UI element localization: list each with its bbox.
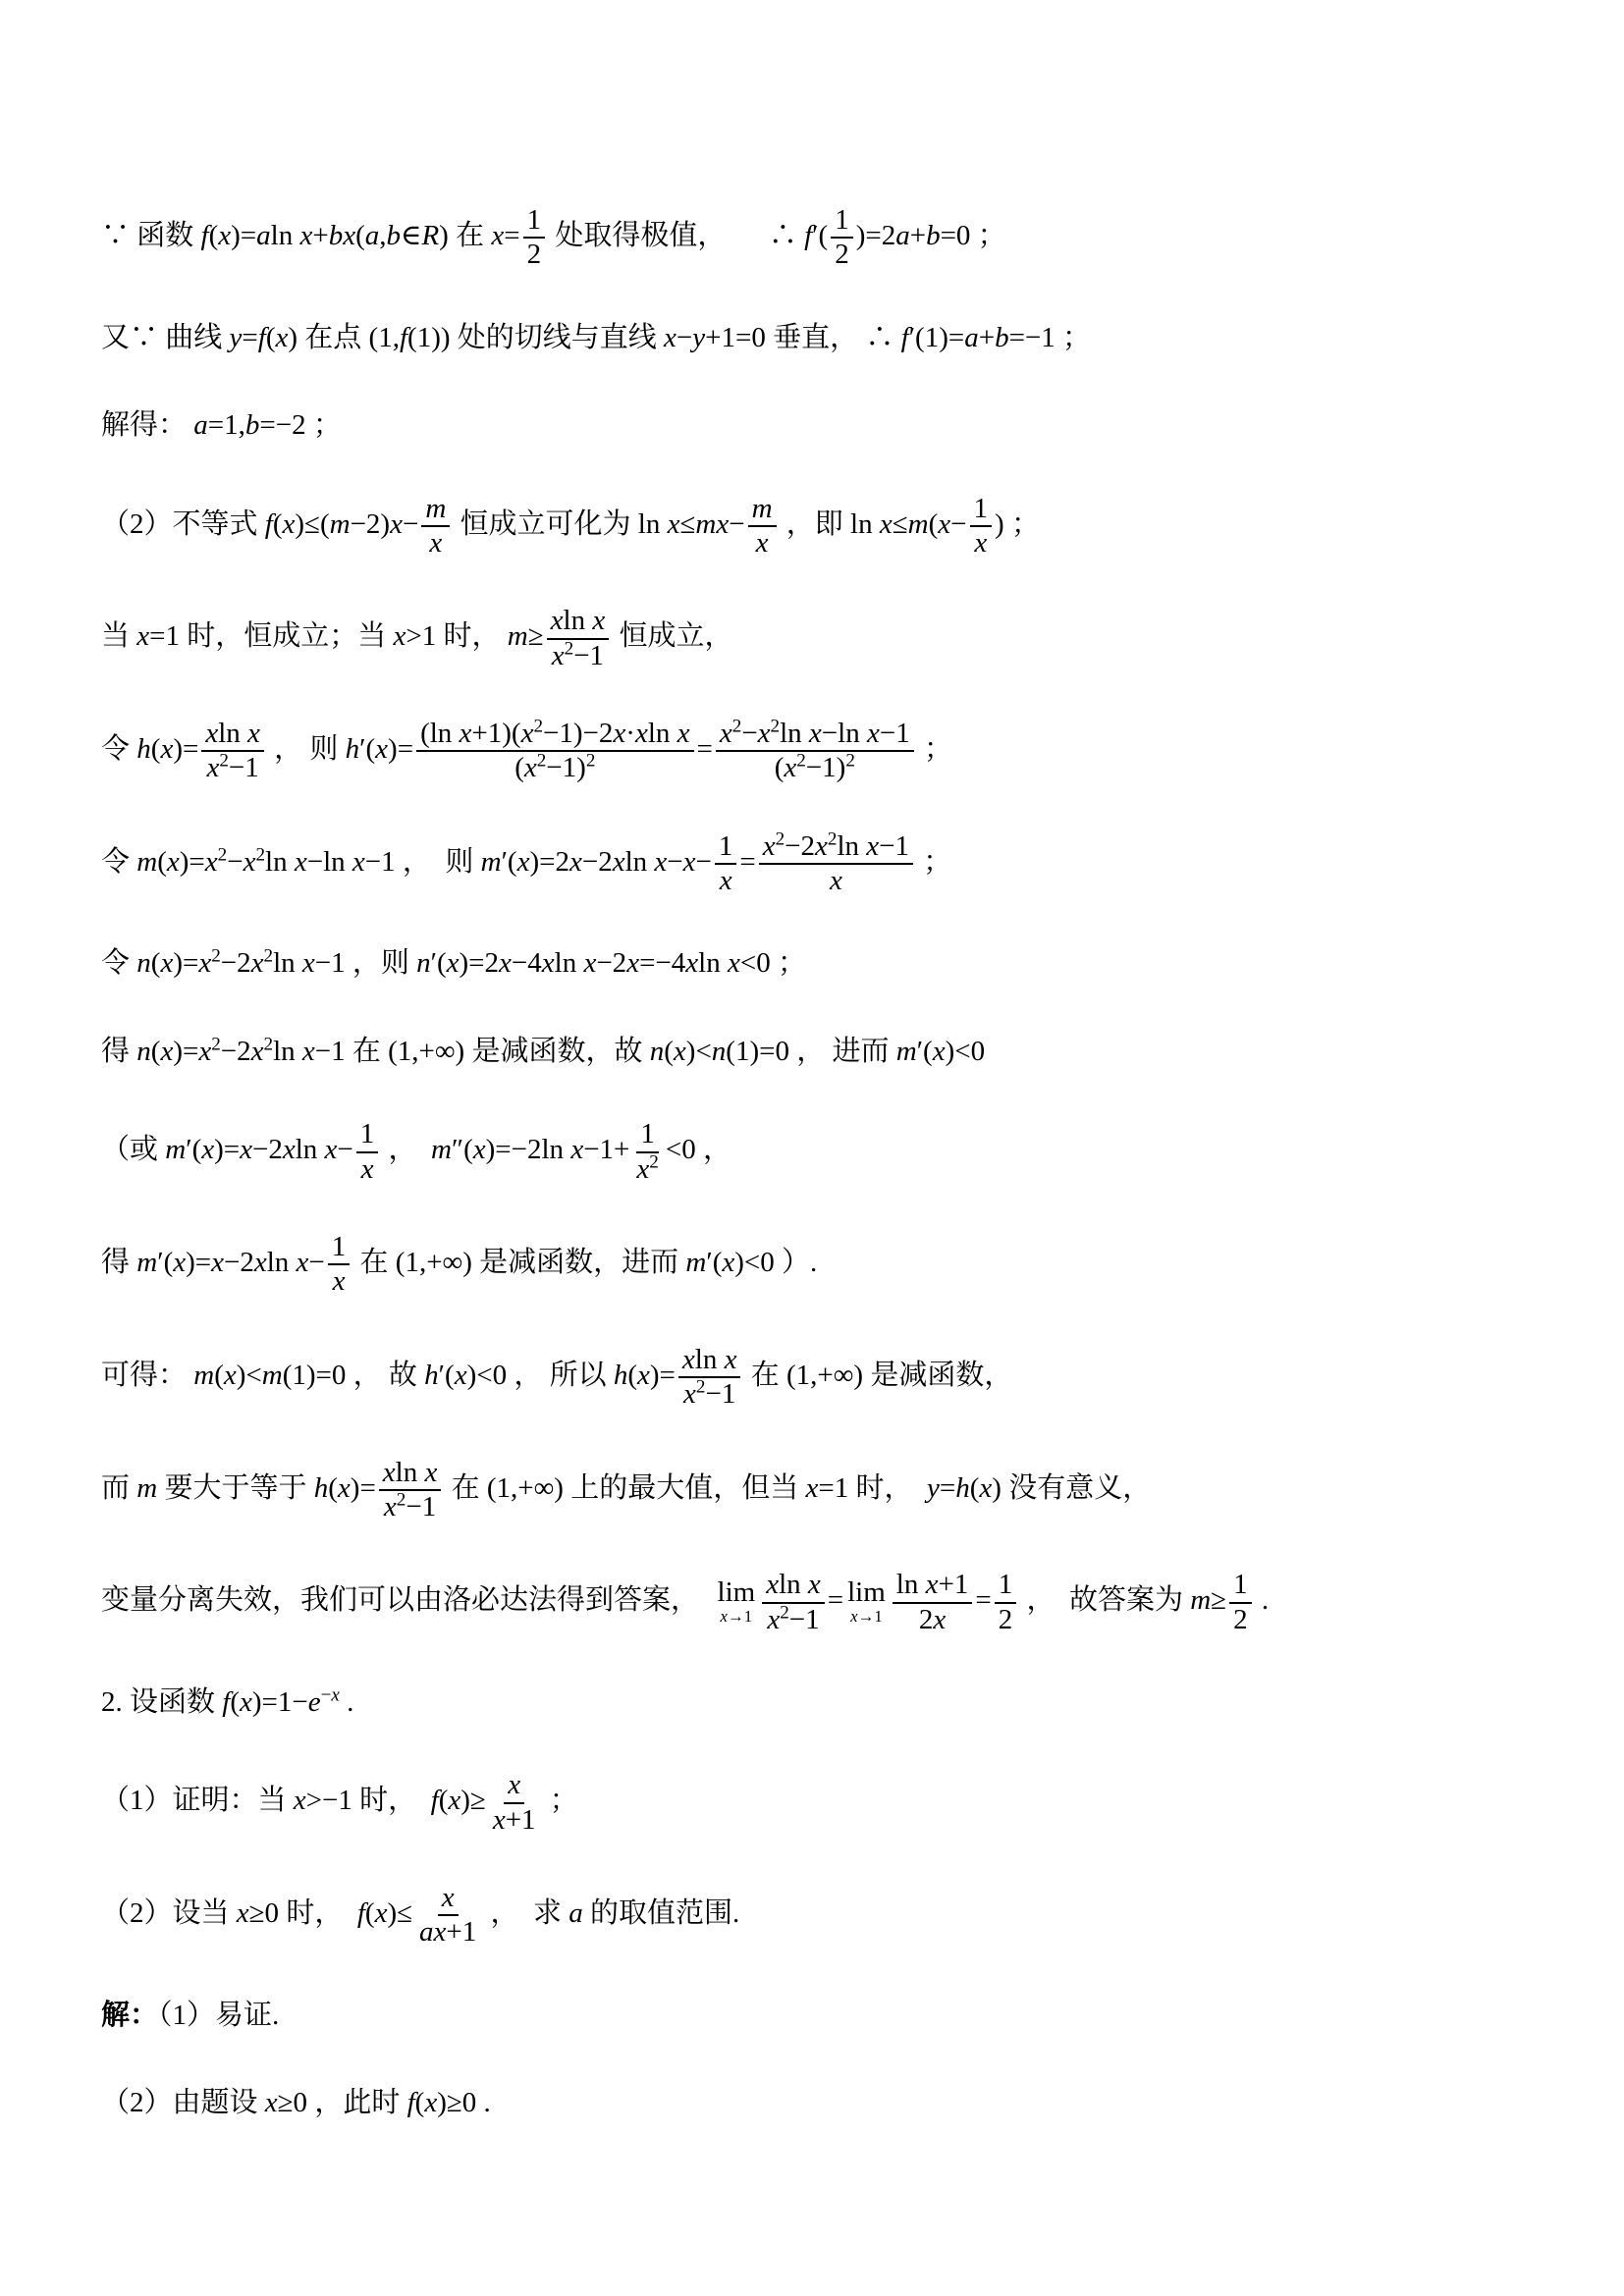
formula: f(x)≤xax+1 bbox=[357, 1897, 483, 1929]
formula: m′(x)=x−2xln x−1x bbox=[136, 1247, 352, 1278]
paragraph-18: 解：（1）易证. bbox=[101, 1995, 1536, 2038]
paragraph-4: （2）不等式 f(x)≤(m−2)x−mx 恒成立可化为 ln x≤mx−mx … bbox=[101, 493, 1536, 561]
formula: x=1 bbox=[805, 1472, 848, 1504]
math-document: ∵ 函数 f(x)=aln x+bx(a,b∈R) 在 x=12 处取得极值， … bbox=[0, 0, 1624, 2125]
formula: ln x≤mx−mx bbox=[638, 508, 780, 540]
fraction: mx bbox=[421, 493, 450, 561]
paragraph-1: ∵ 函数 f(x)=aln x+bx(a,b∈R) 在 x=12 处取得极值， … bbox=[101, 204, 1536, 272]
formula: y=f(x) bbox=[230, 322, 298, 353]
fraction: xln xx2−1 bbox=[678, 1344, 741, 1412]
formula: m′(x)<0 bbox=[896, 1036, 985, 1067]
formula: h(x)=xln xx2−1 bbox=[614, 1360, 744, 1391]
limit-operator: limx→1 bbox=[718, 1578, 756, 1627]
paragraph-3: 解得： a=1,b=−2 ； bbox=[101, 404, 1536, 448]
fraction: (ln x+1)(x2−1)−2x·xln x(x2−1)2 bbox=[416, 718, 693, 785]
formula: m′(x)=2x−2xln x−x−1x=x2−2x2ln x−1x bbox=[481, 846, 916, 878]
formula: n′(x)=2x−4xln x−2x=−4xln x<0 bbox=[416, 947, 771, 979]
paragraph-6: 令 h(x)=xln xx2−1 ， 则 h′(x)=(ln x+1)(x2−1… bbox=[101, 718, 1536, 785]
fraction: xln xx2−1 bbox=[379, 1457, 442, 1524]
formula: m′(x)=x−2xln x−1x bbox=[165, 1134, 381, 1165]
paragraph-8: 令 n(x)=x2−2x2ln x−1 ，则 n′(x)=2x−4xln x−2… bbox=[101, 942, 1536, 986]
formula: n(x)<n(1)=0 bbox=[650, 1036, 789, 1067]
fraction: 1x2 bbox=[632, 1118, 662, 1186]
paragraph-10: （或 m′(x)=x−2xln x−1x ， m″(x)=−2ln x−1+1x… bbox=[101, 1118, 1536, 1186]
formula: ln x≤m(x−1x) bbox=[850, 508, 1004, 540]
fraction: 12 bbox=[523, 204, 546, 272]
formula: f(x)=1−e−x bbox=[222, 1686, 340, 1718]
formula: h(x)=xln xx2−1 bbox=[314, 1472, 445, 1504]
formula: a bbox=[568, 1897, 583, 1929]
formula: x=12 bbox=[491, 220, 548, 251]
paragraph-14: 变量分离失效，我们可以由洛必达法得到答案， limx→1xln xx2−1=li… bbox=[101, 1569, 1536, 1636]
formula: m≥xln xx2−1 bbox=[508, 620, 612, 652]
formula: (1,+∞) bbox=[388, 1036, 464, 1067]
formula: (1,f(1)) bbox=[369, 322, 451, 353]
paragraph-11: 得 m′(x)=x−2xln x−1x 在 (1,+∞) 是减函数，进而 m′(… bbox=[101, 1231, 1536, 1299]
fraction: 12 bbox=[995, 1569, 1017, 1636]
formula: (1,+∞) bbox=[786, 1360, 863, 1391]
formula: m(x)=x2−x2ln x−ln x−1 bbox=[136, 846, 395, 878]
paragraph-13: 而 m 要大于等于 h(x)=xln xx2−1 在 (1,+∞) 上的最大值，… bbox=[101, 1457, 1536, 1524]
formula: (1,+∞) bbox=[487, 1472, 564, 1504]
paragraph-16: （1）证明：当 x>−1 时， f(x)≥xx+1 ； bbox=[101, 1769, 1536, 1837]
fraction: x2−2x2ln x−1x bbox=[759, 830, 913, 898]
fraction: 12 bbox=[831, 204, 853, 272]
paragraph-7: 令 m(x)=x2−x2ln x−ln x−1 ， 则 m′(x)=2x−2xl… bbox=[101, 830, 1536, 898]
fraction: 12 bbox=[1229, 1569, 1252, 1636]
fraction: 1x bbox=[328, 1231, 351, 1299]
fraction: xax+1 bbox=[415, 1882, 480, 1949]
formula: x−y+1=0 bbox=[664, 322, 766, 353]
formula: n(x)=x2−2x2ln x−1 bbox=[136, 947, 345, 979]
formula: h′(x)<0 bbox=[424, 1360, 507, 1391]
fraction: ln x+12x bbox=[893, 1569, 973, 1636]
fraction: x2−x2ln x−ln x−1(x2−1)2 bbox=[716, 718, 914, 785]
fraction: xln xx2−1 bbox=[547, 605, 610, 672]
formula: f(x)≥0 bbox=[407, 2087, 477, 2118]
formula: f′(1)=a+b=−1 bbox=[901, 322, 1056, 353]
formula: m(x)<m(1)=0 bbox=[193, 1360, 346, 1391]
formula: f(x)≥xx+1 bbox=[431, 1785, 543, 1816]
formula: x>1 bbox=[394, 620, 437, 652]
formula: n(x)=x2−2x2ln x−1 bbox=[136, 1036, 345, 1067]
fraction: 1x bbox=[715, 830, 737, 898]
formula: h(x)=xln xx2−1 bbox=[136, 733, 267, 765]
paragraph-17: （2）设当 x≥0 时， f(x)≤xax+1 ， 求 a 的取值范围. bbox=[101, 1882, 1536, 1949]
fraction: mx bbox=[748, 493, 777, 561]
formula: h′(x)=(ln x+1)(x2−1)−2x·xln x(x2−1)2=x2−… bbox=[346, 733, 917, 765]
formula: m′(x)<0 bbox=[685, 1247, 774, 1278]
fraction: xln xx2−1 bbox=[201, 718, 264, 785]
formula: x≥0 bbox=[237, 1897, 279, 1929]
fraction: 1x bbox=[970, 493, 993, 561]
formula: m″(x)=−2ln x−1+1x2<0 bbox=[431, 1134, 696, 1165]
fraction: xx+1 bbox=[489, 1769, 540, 1837]
paragraph-12: 可得： m(x)<m(1)=0 ， 故 h′(x)<0 ， 所以 h(x)=xl… bbox=[101, 1344, 1536, 1412]
formula: f′(12)=2a+b=0 bbox=[804, 220, 970, 251]
formula: x=1 bbox=[136, 620, 180, 652]
formula: x≥0 bbox=[265, 2087, 307, 2118]
formula: limx→1xln xx2−1=limx→1ln x+12x=12 bbox=[714, 1584, 1020, 1616]
formula: m≥12 bbox=[1190, 1584, 1254, 1616]
bold-label: 解： bbox=[101, 2000, 158, 2031]
paragraph-19: （2）由题设 x≥0 ，此时 f(x)≥0 . bbox=[101, 2082, 1536, 2125]
paragraph-5: 当 x=1 时，恒成立；当 x>1 时， m≥xln xx2−1 恒成立， bbox=[101, 605, 1536, 672]
formula: f(x)=aln x+bx(a,b∈R) bbox=[201, 220, 449, 251]
paragraph-2: 又∵ 曲线 y=f(x) 在点 (1,f(1)) 处的切线与直线 x−y+1=0… bbox=[101, 317, 1536, 360]
formula: m bbox=[136, 1472, 157, 1504]
fraction: 1x bbox=[356, 1118, 379, 1186]
paragraph-9: 得 n(x)=x2−2x2ln x−1 在 (1,+∞) 是减函数，故 n(x)… bbox=[101, 1031, 1536, 1074]
formula: (1,+∞) bbox=[396, 1247, 472, 1278]
fraction: xln xx2−1 bbox=[762, 1569, 825, 1636]
formula: x>−1 bbox=[294, 1785, 352, 1816]
paragraph-15: 2. 设函数 f(x)=1−e−x . bbox=[101, 1682, 1536, 1725]
limit-operator: limx→1 bbox=[847, 1578, 886, 1627]
formula: f(x)≤(m−2)x−mx bbox=[265, 508, 454, 540]
formula: y=h(x) bbox=[927, 1472, 1001, 1504]
formula: a=1,b=−2 bbox=[193, 409, 305, 441]
